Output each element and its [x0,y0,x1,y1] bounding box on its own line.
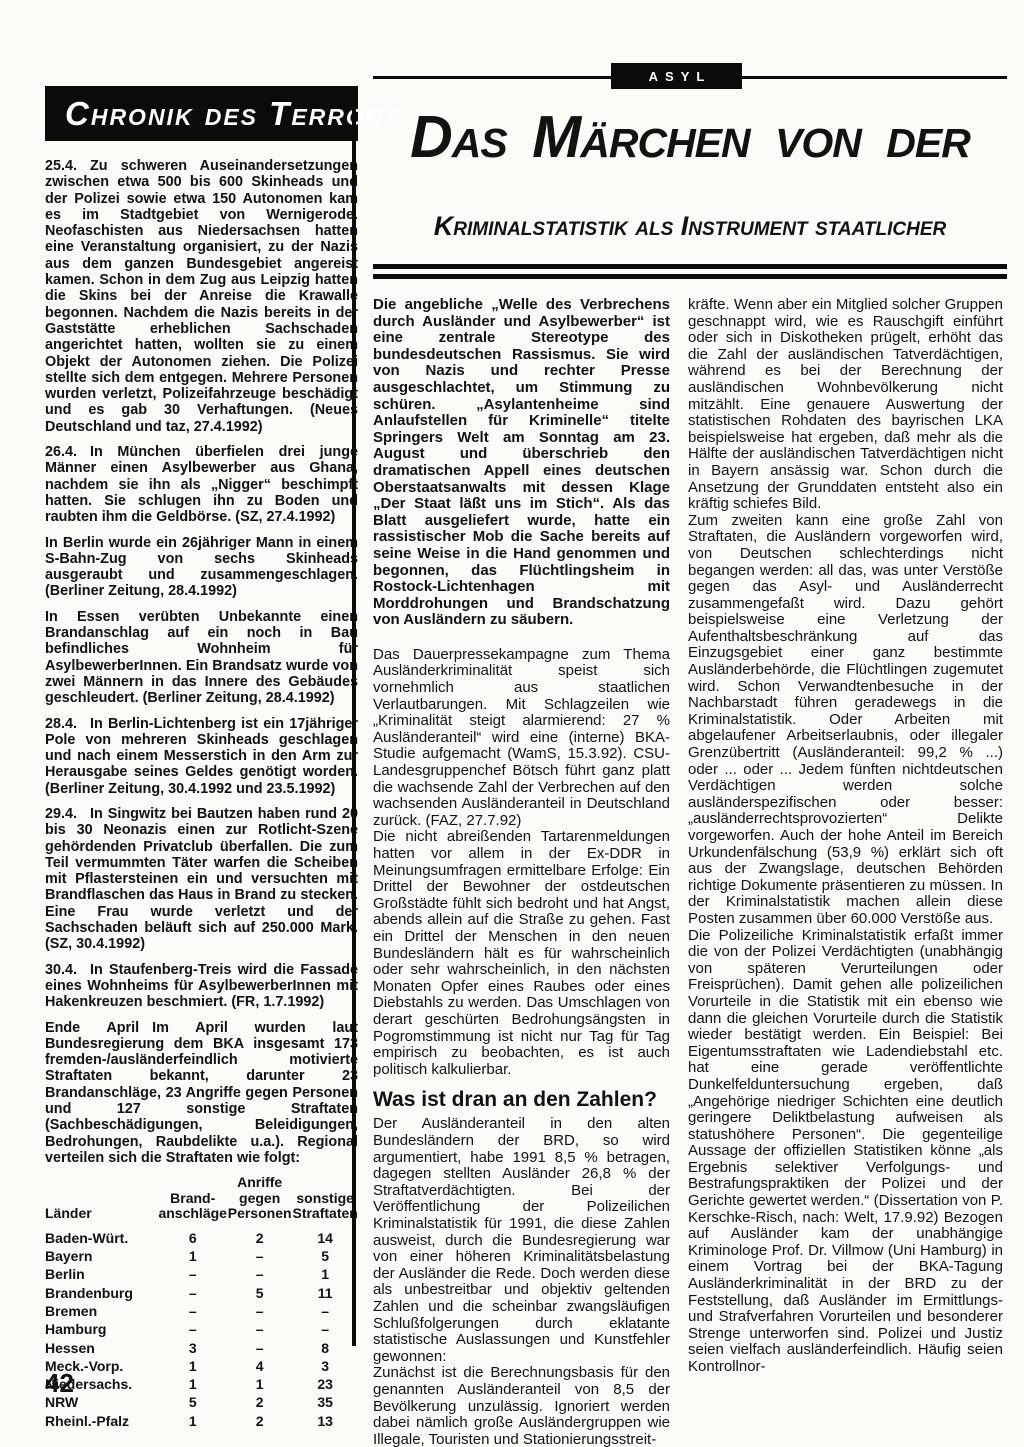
paragraph: Das Dauerpressekampagne zum Thema Auslän… [373,647,670,830]
col-header-angriffe: Anriffe gegen Personen [227,1175,292,1229]
table-row: Niedersachs.1123 [45,1375,358,1393]
table-row: Meck.-Vorp.143 [45,1357,358,1375]
table-header-row: Länder Brand- anschläge Anriffe gegen Pe… [45,1175,358,1229]
article-subtitle: Kriminalstatistik als Instrument staatli… [373,213,1007,240]
paragraph: Die nicht abreißenden Tartarenmeldungen … [373,829,670,1078]
entry-text: Zu schweren Auseinandersetzungen zwische… [45,158,358,435]
table-row: Brandenburg–511 [45,1284,358,1302]
table-row: Bayern1–5 [45,1247,358,1265]
table-row: Hessen3–8 [45,1339,358,1357]
chronik-entry: In Berlin wurde ein 26jähriger Mann in e… [45,535,358,600]
article-column-1: Die angebliche „Welle des Verbrechens du… [373,297,670,1447]
chronik-entry: 28.4.In Berlin-Lichtenberg ist ein 17jäh… [45,716,358,797]
table-row: NRW5235 [45,1393,358,1411]
col-header-brandanschlaege: Brand- anschläge [158,1175,226,1229]
entry-date: Ende April [45,1020,139,1036]
chronik-entry: In Essen verübten Unbekannte einen Brand… [45,609,358,707]
lead-paragraph: Die angebliche „Welle des Verbrechens du… [373,297,670,629]
paragraph: kräfte. Wenn aber ein Mitglied solcher G… [688,297,1003,513]
entry-text: In München überfielen drei junge Männer … [45,444,358,525]
table-row: Berlin––1 [45,1265,358,1283]
chronik-entry: 25.4.Zu schweren Auseinandersetzungen zw… [45,158,358,435]
col-header-sonstige: sonstige Straftaten [292,1175,358,1229]
entry-text: In Essen verübten Unbekannte einen Brand… [45,609,358,706]
entry-text: In Berlin-Lichtenberg ist ein 17jähriger… [45,716,358,797]
column-divider-rule [352,86,356,1346]
paragraph: Die Polizeiliche Kriminalstatistik erfaß… [688,928,1003,1376]
article-column-2: kräfte. Wenn aber ein Mitglied solcher G… [688,297,1003,1376]
entry-text: In Berlin wurde ein 26jähriger Mann in e… [45,535,358,600]
section-tag: ASYL [611,63,742,89]
entry-date: 28.4. [45,716,77,732]
entry-date: 30.4. [45,962,77,978]
chronik-entry: 30.4.In Staufenberg-Treis wird die Fassa… [45,962,358,1011]
entry-date: 25.4. [45,158,77,174]
paragraph: Der Ausländeranteil in den alten Bundesl… [373,1116,670,1365]
table-row: Rheinl.-Pfalz1213 [45,1412,358,1430]
paragraph: Zum zweiten kann eine große Zahl von Str… [688,513,1003,928]
entry-date: 29.4. [45,806,77,822]
section-heading: Was ist dran an den Zahlen? [373,1088,670,1111]
chronik-entry: 26.4.In München überfielen drei junge Mä… [45,444,358,525]
table-row: Baden-Würt.6214 [45,1229,358,1247]
article-title: Das Märchen von der [373,108,1007,167]
chronik-column: 25.4.Zu schweren Auseinandersetzungen zw… [45,158,358,1430]
chronik-header: Chronik des Terrors [45,86,358,141]
magazine-page: Chronik des Terrors 25.4.Zu schweren Aus… [0,0,1024,1447]
headline-double-rule [373,264,1007,279]
table-row: Bremen––– [45,1302,358,1320]
entry-text: Im April wurden laut Bundesregierung dem… [45,1020,358,1166]
table-row: Hamburg––– [45,1320,358,1338]
chronik-entry: Ende AprilIm April wurden laut Bundesreg… [45,1020,358,1167]
entry-date: 26.4. [45,444,77,460]
paragraph: Zunächst ist die Berechnungsbasis für de… [373,1365,670,1447]
entry-text: In Staufenberg-Treis wird die Fassade ei… [45,962,358,1011]
entry-text: In Singwitz bei Bautzen haben rund 20 bi… [45,806,358,952]
col-header-laender: Länder [45,1175,158,1229]
chronik-entry: 29.4.In Singwitz bei Bautzen haben rund … [45,806,358,953]
page-number: 42 [45,1368,74,1399]
crime-statistics-table: Länder Brand- anschläge Anriffe gegen Pe… [45,1175,358,1430]
